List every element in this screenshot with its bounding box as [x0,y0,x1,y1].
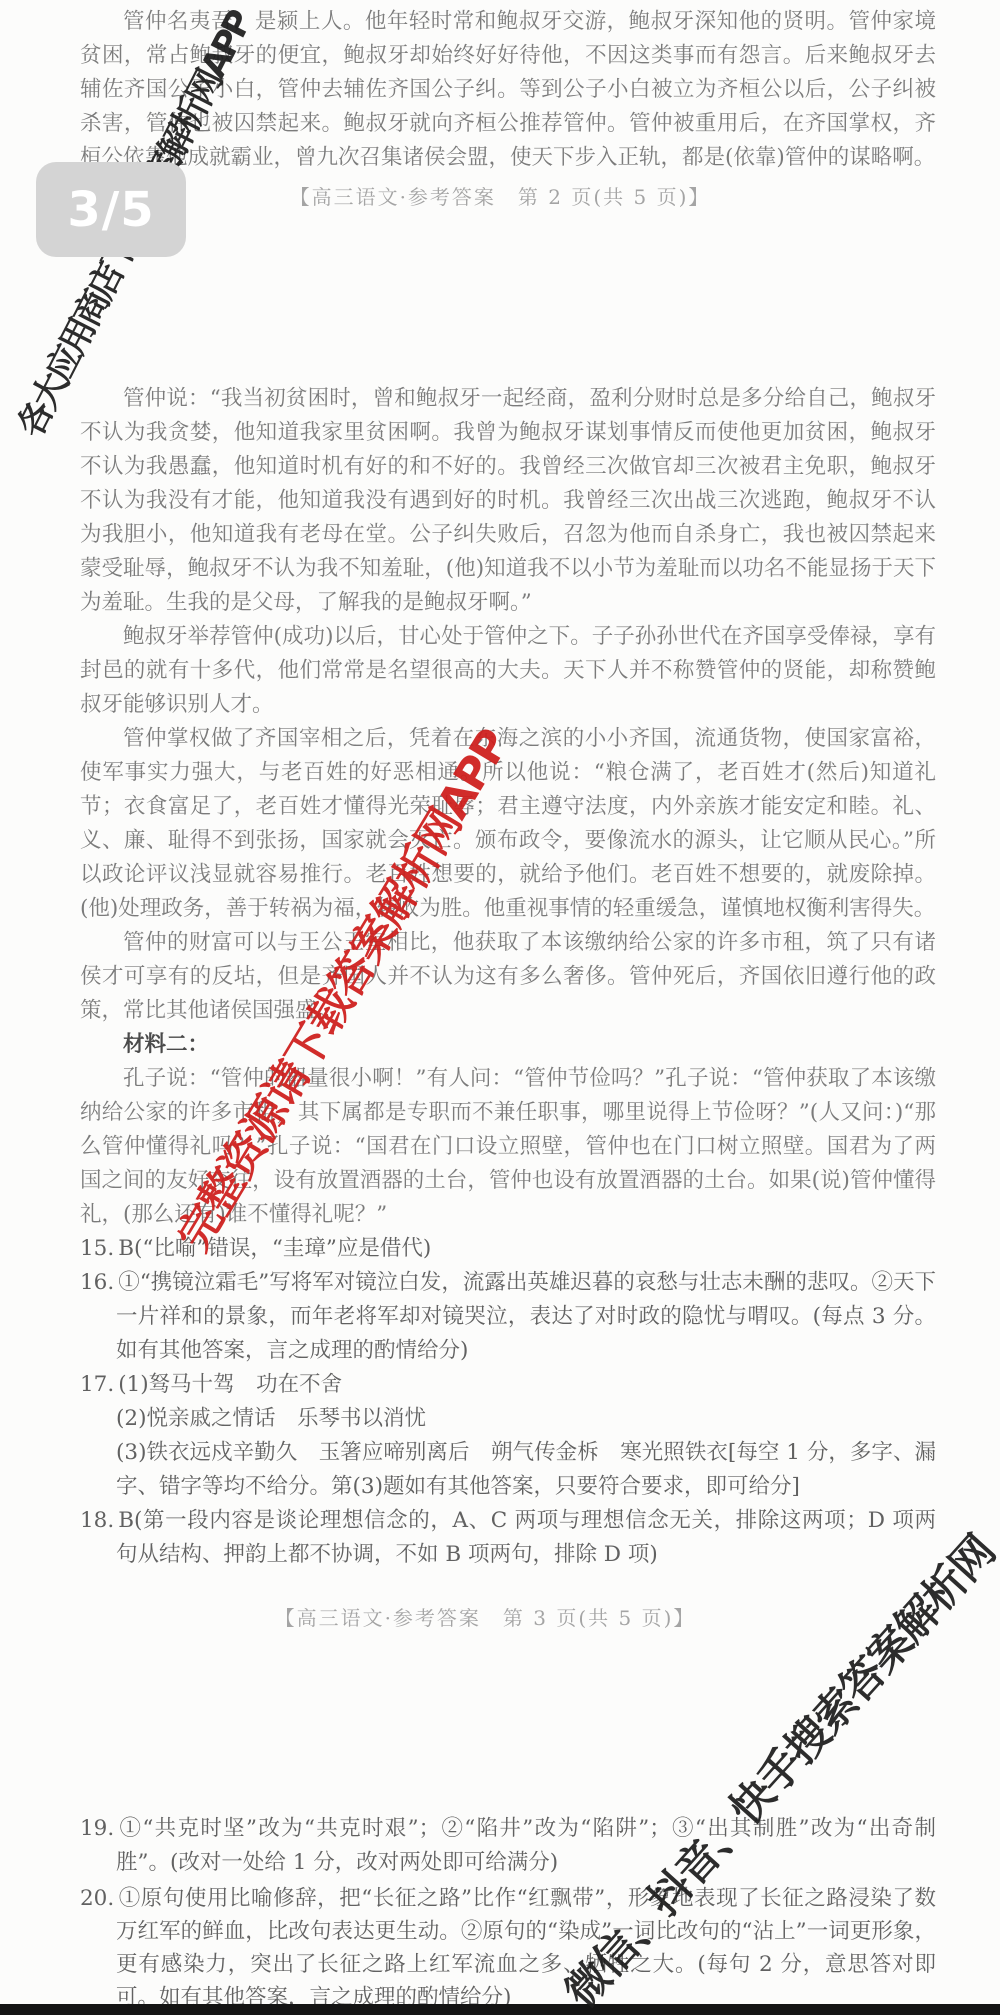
translation-paragraph: 鲍叔牙举荐管仲(成功)以后，甘心处于管仲之下。子子孙孙世代在齐国享受俸禄，享有封… [80,620,936,722]
answer-text: B(“比喻”错误，“圭璋”应是借代) [118,1236,431,1261]
material2-heading: 材料二： [80,1028,936,1062]
answer-item-19: 19.①“共克时坚”改为“共克时艰”；②“陷井”改为“陷阱”；③“出其制胜”改为… [80,1812,936,1880]
answer-text: ①原句使用比喻修辞，把“长征之路”比作“红飘带”，形象地表现了长征之路浸染了数万… [116,1886,936,2010]
translation-paragraph: 管仲掌权做了齐国宰相之后，凭着在东海之滨的小小齐国，流通货物，使国家富裕，使军事… [80,722,936,926]
translation-paragraph: 管仲名夷吾，是颍上人。他年轻时常和鲍叔牙交游，鲍叔牙深知他的贤明。管仲家境贫困，… [80,5,936,175]
page2-last-paragraph-block: 管仲名夷吾，是颍上人。他年轻时常和鲍叔牙交游，鲍叔牙深知他的贤明。管仲家境贫困，… [80,5,936,175]
answer-20-block: 20.①原句使用比喻修辞，把“长征之路”比作“红飘带”，形象地表现了长征之路浸染… [80,1882,936,2014]
answer-item-15: 15.B(“比喻”错误，“圭璋”应是借代) [80,1232,936,1266]
answer-number: 17. [80,1372,118,1397]
answer-17-line3: (3)铁衣远戍辛勤久 玉箸应啼别离后 朔气传金柝 寒光照铁衣[每空 1 分，多字… [80,1436,936,1504]
answer-19-block: 19.①“共克时坚”改为“共克时艰”；②“陷井”改为“陷阱”；③“出其制胜”改为… [80,1812,936,1880]
answer-text: B(第一段内容是谈论理想信念的，A、C 两项与理想信念无关，排除这两项；D 项两… [116,1508,936,1567]
answer-item-17: 17.(1)驽马十驾 功在不舍 [80,1368,936,1402]
answer-number: 18. [80,1508,118,1533]
answer-number: 19. [80,1816,118,1841]
answer-item-20: 20.①原句使用比喻修辞，把“长征之路”比作“红飘带”，形象地表现了长征之路浸染… [80,1882,936,2014]
photo-viewer-image[interactable]: 管仲名夷吾，是颍上人。他年轻时常和鲍叔牙交游，鲍叔牙深知他的贤明。管仲家境贫困，… [0,0,1000,2015]
answer-17-line2: (2)悦亲戚之情话 乐琴书以消忧 [80,1402,936,1436]
answer-number: 16. [80,1270,118,1295]
answer-text: ①“共克时坚”改为“共克时艰”；②“陷井”改为“陷阱”；③“出其制胜”改为“出奇… [116,1816,936,1875]
answer-number: 20. [80,1886,118,1911]
translation-paragraph: 孔子说：“管仲的器量很小啊！”有人问：“管仲节俭吗？”孔子说：“管仲获取了本该缴… [80,1062,936,1232]
translation-paragraph: 管仲的财富可以与王公王室相比，他获取了本该缴纳给公家的许多市租，筑了只有诸侯才可… [80,926,936,1028]
answer-text: ①“携镜泣霜毛”写将军对镜泣白发，流露出英雄迟暮的哀愁与壮志未酬的悲叹。②天下一… [116,1270,936,1363]
answer-text: (1)驽马十驾 功在不舍 [118,1372,342,1397]
page3-body: 管仲说：“我当初贫困时，曾和鲍叔牙一起经商，盈利分财时总是多分给自己，鲍叔牙不认… [80,382,936,1572]
answer-item-18: 18.B(第一段内容是谈论理想信念的，A、C 两项与理想信念无关，排除这两项；D… [80,1504,936,1572]
photo-bottom-edge [0,2004,1000,2015]
translation-paragraph: 管仲说：“我当初贫困时，曾和鲍叔牙一起经商，盈利分财时总是多分给自己，鲍叔牙不认… [80,382,936,620]
page3-footer: 【高三语文·参考答案 第 3 页(共 5 页)】 [0,1602,970,1631]
page-indicator-badge: 3/5 [36,162,186,257]
answer-number: 15. [80,1236,118,1261]
answer-item-16: 16.①“携镜泣霜毛”写将军对镜泣白发，流露出英雄迟暮的哀愁与壮志未酬的悲叹。②… [80,1266,936,1368]
